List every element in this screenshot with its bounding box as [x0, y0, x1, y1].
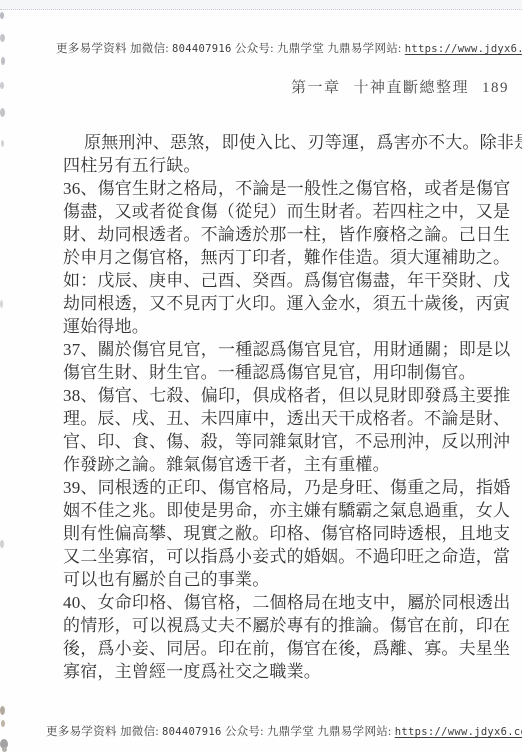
scan-artifact: [0, 706, 5, 715]
body-line: 姻不佳之兆。即使是男命，亦主嫌有驕霸之氣息過重，女人: [63, 499, 515, 522]
watermark-text: 更多易学资料 加微信:: [46, 726, 162, 738]
body-line: 可以也有屬於自己的事業。: [63, 568, 515, 591]
body-line: 官、印、食、傷、殺，等同雜氣財官，不忌刑沖，反以刑沖: [63, 430, 515, 453]
body-line: 後，爲小妾、同居。印在前，傷官在後，爲離、寡。夫星坐: [63, 637, 515, 660]
body-line: 37、關於傷官見官，一種認爲傷官見官，用財通關；即是以: [63, 338, 515, 361]
body-line: 39、同根透的正印、傷官格局，乃是身旺、傷重之局，指婚: [63, 476, 515, 499]
watermark-url-link: https://www.jdyx6.com/: [395, 726, 522, 738]
body-line: 原無刑沖、惡煞，即使入比、刃等運，爲害亦不大。除非是: [63, 131, 515, 154]
watermark-bottom: 更多易学资料 加微信: 804407916 公众号: 九鼎学堂 九鼎易学网站: …: [46, 723, 522, 739]
body-line: 理。辰、戌、丑、未四庫中，透出天干成格者。不論是財、: [63, 407, 515, 430]
body-line: 運始得地。: [63, 315, 515, 338]
watermark-text: 公众号: 九鼎学堂 九鼎易学网站:: [232, 43, 405, 55]
scan-artifact: [1, 720, 5, 727]
scan-artifact: [0, 34, 5, 42]
scan-artifact: [0, 540, 4, 548]
scanned-book-page: 更多易学资料 加微信: 804407916 公众号: 九鼎学堂 九鼎易学网站: …: [0, 0, 522, 753]
wechat-number: 804407916: [172, 43, 232, 55]
wechat-number: 804407916: [162, 726, 222, 738]
body-line: 四柱另有五行缺。: [63, 154, 515, 177]
body-line: 寡宿，主曾經一度爲社交之職業。: [63, 660, 515, 683]
body-line: 於申月之傷官格，無丙丁印者，難作佳造。須大運補助之。: [63, 246, 515, 269]
running-head: 第一章十神直斷總整理189: [291, 76, 509, 97]
body-line: 財、劫同根透者。不論透於那一柱，皆作廢格之論。己日生: [63, 223, 515, 246]
scan-edge-strip: [0, 0, 522, 10]
body-line: 38、傷官、七殺、偏印，俱成格者，但以見財即發爲主要推: [63, 384, 515, 407]
scan-artifact: [0, 82, 4, 89]
body-text: 原無刑沖、惡煞，即使入比、刃等運，爲害亦不大。除非是四柱另有五行缺。36、傷官生…: [63, 131, 515, 683]
body-line: 如：戊辰、庚申、己酉、癸酉。爲傷官傷盡，年干癸財、戊: [63, 269, 515, 292]
body-line: 則有性偏高攀、現實之敝。印格、傷官格同時透根，且地支: [63, 522, 515, 545]
body-line: 劫同根透，又不見丙丁火印。運入金水，須五十歲後，丙寅: [63, 292, 515, 315]
scan-artifact: [0, 108, 5, 117]
body-line: 的情形，可以視爲丈夫不屬於專有的推論。傷官在前，印在: [63, 614, 515, 637]
scan-artifact: [1, 57, 5, 65]
watermark-top: 更多易学资料 加微信: 804407916 公众号: 九鼎学堂 九鼎易学网站: …: [56, 40, 522, 56]
body-line: 又二坐寡宿，可以指爲小妾式的婚姻。不過印旺之命造，當: [63, 545, 515, 568]
watermark-url-link: https://www.jdyx6.com/: [405, 43, 522, 55]
body-line: 傷官生財、財生官。一種認爲傷官見官，用印制傷官。: [63, 361, 515, 384]
body-line: 36、傷官生財之格局，不論是一般性之傷官格，或者是傷官: [63, 177, 515, 200]
watermark-text: 更多易学资料 加微信:: [56, 43, 172, 55]
page-number: 189: [482, 80, 509, 96]
body-line: 40、女命印格、傷官格，二個格局在地支中，屬於同根透出: [63, 591, 515, 614]
scan-artifact: [0, 300, 3, 308]
chapter-label: 第一章: [291, 80, 341, 96]
chapter-title: 十神直斷總整理: [353, 80, 469, 96]
body-line: 傷盡，又或者從食傷（從兒）而生財者。若四柱之中，又是: [63, 200, 515, 223]
watermark-text: 公众号: 九鼎学堂 九鼎易学网站:: [222, 726, 395, 738]
scan-artifact: [1, 140, 4, 147]
scan-artifact: [0, 12, 4, 19]
scan-artifact: [2, 747, 7, 752]
body-line: 作發跡之論。雜氣傷官透干者，主有重權。: [63, 453, 515, 476]
